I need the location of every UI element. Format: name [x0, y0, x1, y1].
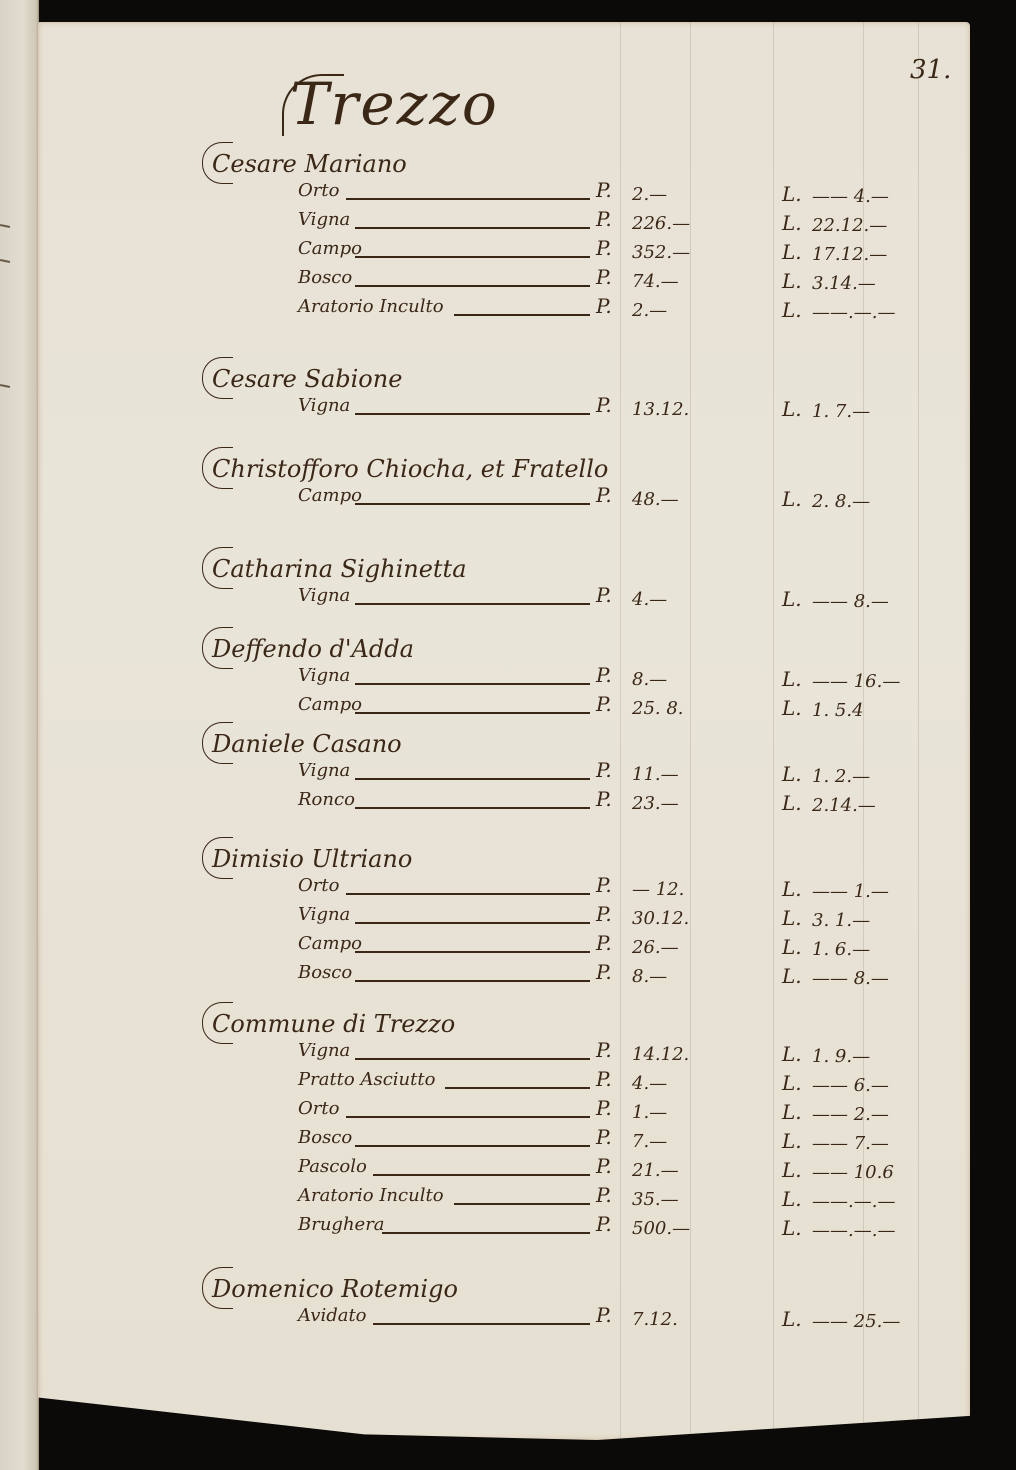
value-unit-mark: L.	[782, 1307, 802, 1331]
leader-line	[454, 1203, 590, 1205]
parcel-row: CampoP.352.—L.17.12.—	[0, 238, 1016, 268]
area-unit-mark: P.	[596, 236, 612, 260]
area-unit-mark: P.	[596, 1303, 612, 1327]
parcel-row: VignaP.226.—L.22.12.—	[0, 209, 1016, 239]
area-value: 8.—	[632, 966, 667, 987]
area-unit-mark: P.	[596, 931, 612, 955]
leader-line	[355, 413, 590, 415]
parcel-row: BrugheraP.500.—L.——.—.—	[0, 1214, 1016, 1244]
parcel-row: VignaP.8.—L.—— 16.—	[0, 665, 1016, 695]
value-unit-mark: L.	[782, 1100, 802, 1124]
area-unit-mark: P.	[596, 663, 612, 687]
value-unit-mark: L.	[782, 397, 802, 421]
page-title: Trezzo	[290, 70, 499, 138]
leader-line	[355, 683, 590, 685]
owner-name: Catharina Sighinetta	[212, 555, 467, 583]
owner-name: Cesare Sabione	[212, 365, 402, 393]
area-unit-mark: P.	[596, 1067, 612, 1091]
assessed-value: 1. 7.—	[812, 401, 870, 422]
area-value: 35.—	[632, 1189, 679, 1210]
assessed-value: ——.—.—	[812, 1191, 895, 1212]
leader-line	[346, 893, 590, 895]
area-value: 2.—	[632, 184, 667, 205]
parcel-type: Aratorio Inculto	[298, 296, 444, 317]
area-value: 13.12.	[632, 399, 689, 420]
area-value: 30.12.	[632, 908, 689, 929]
value-unit-mark: L.	[782, 1071, 802, 1095]
parcel-type: Vigna	[298, 395, 350, 416]
leader-line	[355, 285, 590, 287]
parcel-row: VignaP.30.12.L.3. 1.—	[0, 904, 1016, 934]
assessed-value: 2.14.—	[812, 795, 876, 816]
parcel-type: Bosco	[298, 1127, 352, 1148]
parcel-row: CampoP.26.—L.1. 6.—	[0, 933, 1016, 963]
leader-line	[355, 712, 590, 714]
parcel-row: CampoP.48.—L.2. 8.—	[0, 485, 1016, 515]
parcel-type: Vigna	[298, 760, 350, 781]
area-value: 23.—	[632, 793, 679, 814]
leader-line	[355, 603, 590, 605]
area-unit-mark: P.	[596, 178, 612, 202]
value-unit-mark: L.	[782, 587, 802, 611]
parcel-type: Pascolo	[298, 1156, 367, 1177]
assessed-value: 22.12.—	[812, 215, 887, 236]
area-value: 48.—	[632, 489, 679, 510]
assessed-value: 1. 9.—	[812, 1046, 870, 1067]
assessed-value: —— 16.—	[812, 671, 900, 692]
area-unit-mark: P.	[596, 758, 612, 782]
parcel-row: VignaP.14.12.L.1. 9.—	[0, 1040, 1016, 1070]
parcel-row: VignaP.13.12.L.1. 7.—	[0, 395, 1016, 425]
area-unit-mark: P.	[596, 1038, 612, 1062]
parcel-row: Aratorio IncultoP.35.—L.——.—.—	[0, 1185, 1016, 1215]
assessed-value: 3. 1.—	[812, 910, 870, 931]
leader-line	[346, 1116, 590, 1118]
parcel-type: Orto	[298, 875, 339, 896]
parcel-type: Vigna	[298, 904, 350, 925]
area-value: 1.—	[632, 1102, 667, 1123]
area-value: 26.—	[632, 937, 679, 958]
leader-line	[346, 198, 590, 200]
parcel-row: AvidatoP.7.12.L.—— 25.—	[0, 1305, 1016, 1335]
value-unit-mark: L.	[782, 935, 802, 959]
parcel-type: Campo	[298, 485, 362, 506]
area-unit-mark: P.	[596, 787, 612, 811]
assessed-value: 3.14.—	[812, 273, 876, 294]
value-unit-mark: L.	[782, 487, 802, 511]
leader-line	[355, 922, 590, 924]
area-value: 11.—	[632, 764, 679, 785]
parcel-row: Aratorio IncultoP.2.—L.——.—.—	[0, 296, 1016, 326]
area-value: 74.—	[632, 271, 679, 292]
owner-name: Commune di Trezzo	[212, 1010, 455, 1038]
parcel-row: VignaP.4.—L.—— 8.—	[0, 585, 1016, 615]
parcel-type: Campo	[298, 238, 362, 259]
assessed-value: —— 6.—	[812, 1075, 889, 1096]
value-unit-mark: L.	[782, 762, 802, 786]
area-value: 4.—	[632, 1073, 667, 1094]
leader-line	[445, 1087, 590, 1089]
parcel-row: OrtoP.2.—L.—— 4.—	[0, 180, 1016, 210]
assessed-value: —— 4.—	[812, 186, 889, 207]
area-value: 4.—	[632, 589, 667, 610]
parcel-type: Vigna	[298, 209, 350, 230]
parcel-type: Vigna	[298, 665, 350, 686]
area-unit-mark: P.	[596, 483, 612, 507]
area-unit-mark: P.	[596, 583, 612, 607]
value-unit-mark: L.	[782, 269, 802, 293]
parcel-row: OrtoP.— 12.L.—— 1.—	[0, 875, 1016, 905]
owner-name: Christofforo Chiocha, et Fratello	[212, 455, 608, 483]
parcel-row: BoscoP.7.—L.—— 7.—	[0, 1127, 1016, 1157]
assessed-value: 17.12.—	[812, 244, 887, 265]
area-unit-mark: P.	[596, 1125, 612, 1149]
assessed-value: —— 8.—	[812, 591, 889, 612]
parcel-row: BoscoP.8.—L.—— 8.—	[0, 962, 1016, 992]
area-unit-mark: P.	[596, 393, 612, 417]
area-value: — 12.	[632, 879, 684, 900]
assessed-value: ——.—.—	[812, 1220, 895, 1241]
leader-line	[373, 1323, 590, 1325]
value-unit-mark: L.	[782, 791, 802, 815]
assessed-value: —— 1.—	[812, 881, 889, 902]
assessed-value: 1. 2.—	[812, 766, 870, 787]
leader-line	[355, 951, 590, 953]
value-unit-mark: L.	[782, 1158, 802, 1182]
value-unit-mark: L.	[782, 1042, 802, 1066]
value-unit-mark: L.	[782, 696, 802, 720]
parcel-type: Orto	[298, 180, 339, 201]
parcel-type: Bosco	[298, 267, 352, 288]
assessed-value: —— 25.—	[812, 1311, 900, 1332]
area-value: 7.—	[632, 1131, 667, 1152]
parcel-type: Ronco	[298, 789, 355, 810]
area-unit-mark: P.	[596, 265, 612, 289]
value-unit-mark: L.	[782, 240, 802, 264]
owner-name: Cesare Mariano	[212, 150, 407, 178]
area-unit-mark: P.	[596, 692, 612, 716]
parcel-type: Vigna	[298, 1040, 350, 1061]
leader-line	[454, 314, 590, 316]
value-unit-mark: L.	[782, 667, 802, 691]
area-value: 7.12.	[632, 1309, 678, 1330]
value-unit-mark: L.	[782, 964, 802, 988]
assessed-value: —— 2.—	[812, 1104, 889, 1125]
parcel-row: RoncoP.23.—L.2.14.—	[0, 789, 1016, 819]
leader-line	[382, 1232, 590, 1234]
parcel-type: Avidato	[298, 1305, 367, 1326]
parcel-row: Pratto AsciuttoP.4.—L.—— 6.—	[0, 1069, 1016, 1099]
ink-mark	[0, 384, 10, 388]
assessed-value: 1. 6.—	[812, 939, 870, 960]
assessed-value: 2. 8.—	[812, 491, 870, 512]
parcel-type: Pratto Asciutto	[298, 1069, 435, 1090]
parcel-type: Campo	[298, 933, 362, 954]
area-value: 500.—	[632, 1218, 690, 1239]
parcel-row: PascoloP.21.—L.—— 10.6	[0, 1156, 1016, 1186]
area-value: 14.12.	[632, 1044, 689, 1065]
parcel-type: Aratorio Inculto	[298, 1185, 444, 1206]
assessed-value: 1. 5.4	[812, 700, 864, 721]
leader-line	[355, 256, 590, 258]
parcel-row: VignaP.11.—L.1. 2.—	[0, 760, 1016, 790]
parcel-row: BoscoP.74.—L.3.14.—	[0, 267, 1016, 297]
assessed-value: ——.—.—	[812, 302, 895, 323]
value-unit-mark: L.	[782, 298, 802, 322]
value-unit-mark: L.	[782, 1129, 802, 1153]
area-unit-mark: P.	[596, 902, 612, 926]
value-unit-mark: L.	[782, 1216, 802, 1240]
area-value: 8.—	[632, 669, 667, 690]
parcel-row: OrtoP.1.—L.—— 2.—	[0, 1098, 1016, 1128]
leader-line	[355, 807, 590, 809]
parcel-type: Campo	[298, 694, 362, 715]
area-unit-mark: P.	[596, 1154, 612, 1178]
leader-line	[355, 778, 590, 780]
area-value: 21.—	[632, 1160, 679, 1181]
leader-line	[355, 980, 590, 982]
area-value: 352.—	[632, 242, 690, 263]
area-value: 25. 8.	[632, 698, 684, 719]
leader-line	[355, 1058, 590, 1060]
leader-line	[373, 1174, 590, 1176]
assessed-value: —— 7.—	[812, 1133, 889, 1154]
area-unit-mark: P.	[596, 207, 612, 231]
area-value: 2.—	[632, 300, 667, 321]
parcel-type: Bosco	[298, 962, 352, 983]
owner-name: Dimisio Ultriano	[212, 845, 412, 873]
area-unit-mark: P.	[596, 1183, 612, 1207]
assessed-value: —— 10.6	[812, 1162, 894, 1183]
value-unit-mark: L.	[782, 1187, 802, 1211]
parcel-type: Brughera	[298, 1214, 385, 1235]
value-unit-mark: L.	[782, 211, 802, 235]
value-unit-mark: L.	[782, 906, 802, 930]
owner-name: Domenico Rotemigo	[212, 1275, 458, 1303]
parcel-row: CampoP.25. 8.L.1. 5.4	[0, 694, 1016, 724]
leader-line	[355, 1145, 590, 1147]
area-value: 226.—	[632, 213, 690, 234]
area-unit-mark: P.	[596, 1096, 612, 1120]
page-number: 31.	[910, 55, 951, 85]
value-unit-mark: L.	[782, 182, 802, 206]
owner-name: Deffendo d'Adda	[212, 635, 414, 663]
area-unit-mark: P.	[596, 294, 612, 318]
area-unit-mark: P.	[596, 960, 612, 984]
parcel-type: Orto	[298, 1098, 339, 1119]
area-unit-mark: P.	[596, 873, 612, 897]
leader-line	[355, 503, 590, 505]
area-unit-mark: P.	[596, 1212, 612, 1236]
leader-line	[355, 227, 590, 229]
assessed-value: —— 8.—	[812, 968, 889, 989]
value-unit-mark: L.	[782, 877, 802, 901]
owner-name: Daniele Casano	[212, 730, 402, 758]
parcel-type: Vigna	[298, 585, 350, 606]
